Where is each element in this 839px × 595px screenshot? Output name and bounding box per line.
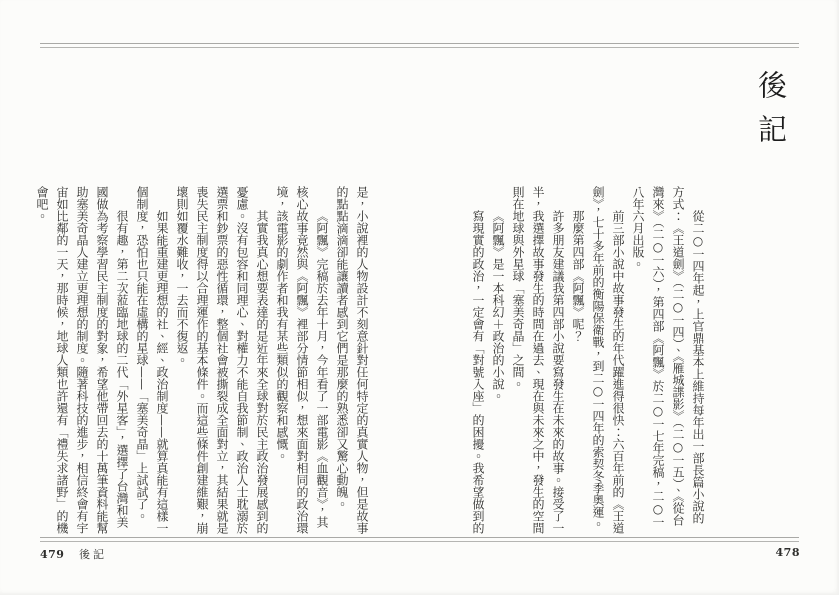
paragraph: 如果能重建更理想的社、經、政治制度——就算真能有這樣一個制度，恐怕也只能在虛構的… (132, 186, 172, 534)
footer-chapter-title: 後記 (79, 548, 107, 561)
top-rule (40, 43, 799, 48)
page-footer-left: 479 後記 (40, 546, 107, 562)
page-footer-right: 478 (776, 546, 800, 559)
paragraph: 前三部小說中故事發生的年代躍進得很快：六百年前的《王道劍》，七十多年前的衡陽保衛… (588, 186, 628, 534)
paragraph: 從二○一四年起，上官鼎基本上維持每年出一部長篇小說的方式：《王道劍》（二○一四）… (628, 186, 708, 534)
paragraph: 很有趣，第二次蒞臨地球的二代「外星客」，選擇了台灣和美國做為考察學習民主制度的對… (32, 186, 132, 534)
paragraph: 《阿飄》是一本科幻＋政治的小說。 (488, 186, 508, 534)
book-spread: 後記 從二○一四年起，上官鼎基本上維持每年出一部長篇小說的方式：《王道劍》（二○… (0, 0, 839, 595)
paragraph: 那麼第四部《阿飄》呢？ (568, 186, 588, 534)
paragraph-continuation: 是，小說裡的人物設計不刻意針對任何特定的真實人物，但是故事的點點滴滴卻能讓讀者感… (332, 186, 372, 534)
bottom-rule (40, 537, 799, 542)
paragraph: 《阿飄》完稿於去年十月，今年看了一部電影《血觀音》，其核心故事竟然與《阿飄》裡部… (272, 186, 332, 534)
chapter-title: 後記 (751, 70, 792, 158)
page-number-right: 478 (776, 546, 800, 559)
page-number-left: 479 (40, 548, 64, 561)
body-text-right: 從二○一四年起，上官鼎基本上維持每年出一部長篇小說的方式：《王道劍》（二○一四）… (468, 186, 708, 534)
body-text-left: 是，小說裡的人物設計不刻意針對任何特定的真實人物，但是故事的點點滴滴卻能讓讀者感… (32, 186, 372, 534)
paragraph: 許多朋友建議我第四部小說要寫發生在未來的故事。接受了一半，我選擇故事發生的時間在… (508, 186, 568, 534)
paragraph: 寫現實的政治，一定會有「對號入座」的困擾。我希望做到的 (468, 186, 488, 534)
paragraph: 其實我真心想要表達的是近年來全球對於民主政治發展感到的憂慮。沒有包容和同理心、對… (172, 186, 272, 534)
